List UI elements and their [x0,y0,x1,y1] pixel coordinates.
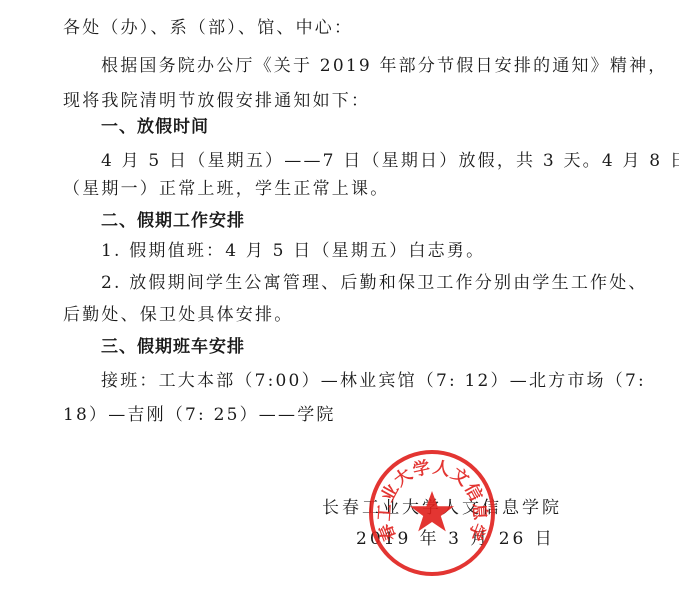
svg-text:长春工业大学人文信息学院: 长春工业大学人文信息学院 [368,449,490,544]
section-3-line-1: 接班：工大本部（7:00）—林业宾馆（7: 12）—北方市场（7: [101,370,646,392]
section-2-heading: 二、假期工作安排 [101,210,245,232]
official-seal-icon: 长春工业大学人文信息学院 [368,449,496,577]
intro-line-1: 根据国务院办公厅《关于 2019 年部分节假日安排的通知》精神， [101,55,667,77]
section-3-line-2: 18）—吉刚（7: 25）——学院 [63,404,336,426]
intro-line-2: 现将我院清明节放假安排通知如下： [63,90,370,112]
section-2-line-1: 1. 假期值班：4 月 5 日（星期五）白志勇。 [101,240,485,262]
section-2-line-3: 后勤处、保卫处具体安排。 [63,304,293,326]
section-3-heading: 三、假期班车安排 [101,336,245,358]
salutation: 各处（办）、系（部）、馆、中心： [63,17,353,39]
section-1-heading: 一、放假时间 [101,116,209,138]
section-1-line-2: （星期一）正常上班，学生正常上课。 [63,178,389,200]
seal-text: 长春工业大学人文信息学院 [368,449,490,544]
section-1-line-1: 4 月 5 日（星期五）——7 日（星期日）放假，共 3 天。4 月 8 日 [101,150,679,172]
section-2-line-2: 2. 放假期间学生公寓管理、后勤和保卫工作分别由学生工作处、 [101,272,648,294]
